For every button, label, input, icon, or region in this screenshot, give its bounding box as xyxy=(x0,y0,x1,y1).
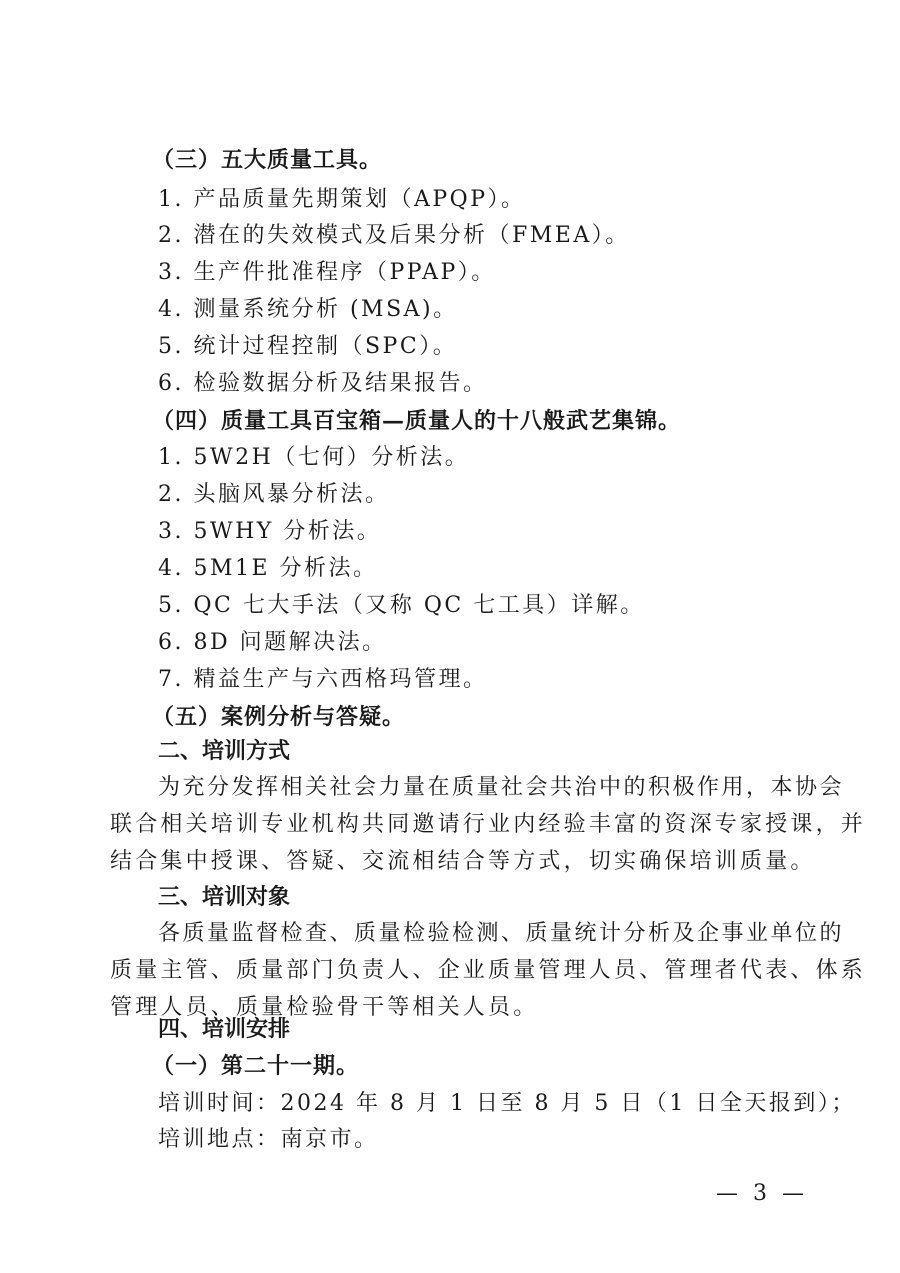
list-item: 6. 检验数据分析及结果报告。 xyxy=(158,366,487,402)
paragraph-line: 质量主管、质量部门负责人、企业质量管理人员、管理者代表、体系 xyxy=(110,953,866,989)
list-item: 2. 潜在的失效模式及后果分析（FMEA）。 xyxy=(158,218,630,254)
list-item: 2. 头脑风暴分析法。 xyxy=(158,477,389,513)
section-heading-training-audience: 三、培训对象 xyxy=(158,880,290,916)
document-page: （三）五大质量工具。 1. 产品质量先期策划（APQP）。 2. 潜在的失效模式… xyxy=(0,0,900,1273)
section-heading-five-tools: （三）五大质量工具。 xyxy=(152,142,382,178)
list-item: 3. 生产件批准程序（PPAP）。 xyxy=(158,255,496,291)
list-item: 4. 5M1E 分析法。 xyxy=(158,551,378,587)
paragraph-line: 结合集中授课、答疑、交流相结合等方式，切实确保培训质量。 xyxy=(110,844,816,880)
list-item: 7. 精益生产与六西格玛管理。 xyxy=(158,662,487,698)
list-item: 3. 5WHY 分析法。 xyxy=(158,514,381,550)
list-item: 1. 产品质量先期策划（APQP）。 xyxy=(158,182,526,218)
paragraph-line: 各质量监督检查、质量检验检测、质量统计分析及企事业单位的 xyxy=(158,916,844,952)
section-heading-case-analysis: （五）案例分析与答疑。 xyxy=(152,699,405,735)
sub-heading-session-21: （一）第二十一期。 xyxy=(152,1048,359,1084)
section-heading-training-schedule: 四、培训安排 xyxy=(158,1012,290,1048)
paragraph-line: 为充分发挥相关社会力量在质量社会共治中的积极作用，本协会 xyxy=(158,770,844,806)
list-item: 5. 统计过程控制（SPC）。 xyxy=(158,329,457,365)
training-place: 培训地点：南京市。 xyxy=(158,1122,379,1158)
list-item: 1. 5W2H（七何）分析法。 xyxy=(158,440,469,476)
list-item: 6. 8D 问题解决法。 xyxy=(158,625,387,661)
training-time: 培训时间：2024 年 8 月 1 日至 8 月 5 日（1 日全天报到）； xyxy=(158,1086,856,1122)
list-item: 5. QC 七大手法（又称 QC 七工具）详解。 xyxy=(158,588,645,624)
page-number: — 3 — xyxy=(716,1176,808,1212)
list-item: 4. 测量系统分析 (MSA)。 xyxy=(158,292,458,328)
paragraph-line: 联合相关培训专业机构共同邀请行业内经验丰富的资深专家授课，并 xyxy=(110,807,866,843)
section-heading-toolbox: （四）质量工具百宝箱—质量人的十八般武艺集锦。 xyxy=(152,403,681,439)
section-heading-training-method: 二、培训方式 xyxy=(158,734,290,770)
